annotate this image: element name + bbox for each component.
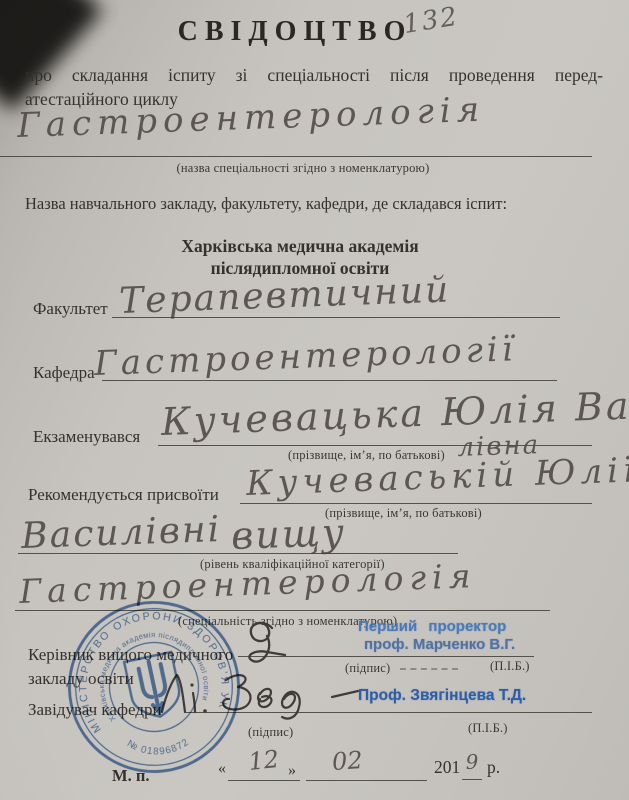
institution-name-line1: Харківська медична академія: [135, 236, 465, 257]
certificate-number-handwritten: 132: [401, 2, 461, 40]
department-handwritten: Гастроентерології: [94, 329, 518, 384]
specialty-caption: (назва спеціальності згідно з номенклату…: [168, 161, 438, 176]
date-close-quote: »: [288, 762, 296, 780]
dept-head-stamp-name: Проф. Звягінцева Т.Д.: [358, 687, 526, 705]
examinee-handwritten: Кучевацька Юлія Васи-: [160, 381, 629, 444]
category-handwritten: вищу: [230, 510, 346, 558]
recommend-line: [240, 503, 592, 504]
recommend-pib-caption: (прізвище, ім’я, по батькові): [325, 506, 482, 521]
seal-place-label: М. п.: [112, 766, 149, 786]
intro-line-1: про складання іспиту зі спеціальності пі…: [25, 63, 603, 87]
specialty-line: [0, 156, 592, 157]
certificate-document: СВІДОЦТВО 132 про складання іспиту зі сп…: [0, 0, 629, 800]
recommend-label: Рекомендується присвоїти: [28, 485, 219, 505]
head-pib-caption: (П.І.Б.): [490, 659, 530, 674]
date-year-printed: 201: [434, 757, 460, 778]
head-stamp-name: проф. Марченко В.Г.: [364, 636, 515, 653]
date-month-handwritten: 02: [331, 746, 363, 776]
date-year-digit-line: [462, 779, 482, 780]
institution-prompt: Назва навчального закладу, факультету, к…: [25, 194, 507, 214]
date-day-line: [228, 780, 300, 781]
faculty-line: [112, 317, 560, 318]
department-label: Кафедра: [33, 363, 95, 383]
stamp-smudge-dashes: [400, 668, 458, 670]
date-month-line: [306, 780, 427, 781]
date-year-suffix: р.: [487, 757, 500, 778]
examinee-label: Екзаменувався: [33, 427, 140, 447]
head-stamp-title: Перший проректор: [358, 618, 506, 635]
department-line: [102, 380, 557, 381]
dept-head-pib-caption: (П.І.Б.): [468, 721, 508, 736]
head-signature-line: [238, 656, 534, 657]
date-year-digit-handwritten: 9: [465, 750, 479, 774]
certificate-title: СВІДОЦТВО: [150, 16, 440, 48]
date-day-handwritten: 12: [247, 745, 280, 776]
faculty-label: Факультет: [33, 299, 108, 319]
category-line: [18, 553, 458, 554]
specialty2-handwritten: Гастроентерологія: [19, 556, 477, 611]
date-open-quote: «: [218, 760, 226, 778]
trident-emblem: [124, 652, 184, 722]
patronymic-handwritten: Василівні: [21, 509, 222, 557]
official-round-seal: МІНІСТЕРСТВО ОХОРОНИ ЗДОРОВ’Я УКРАЇНИ Ха…: [48, 581, 259, 792]
